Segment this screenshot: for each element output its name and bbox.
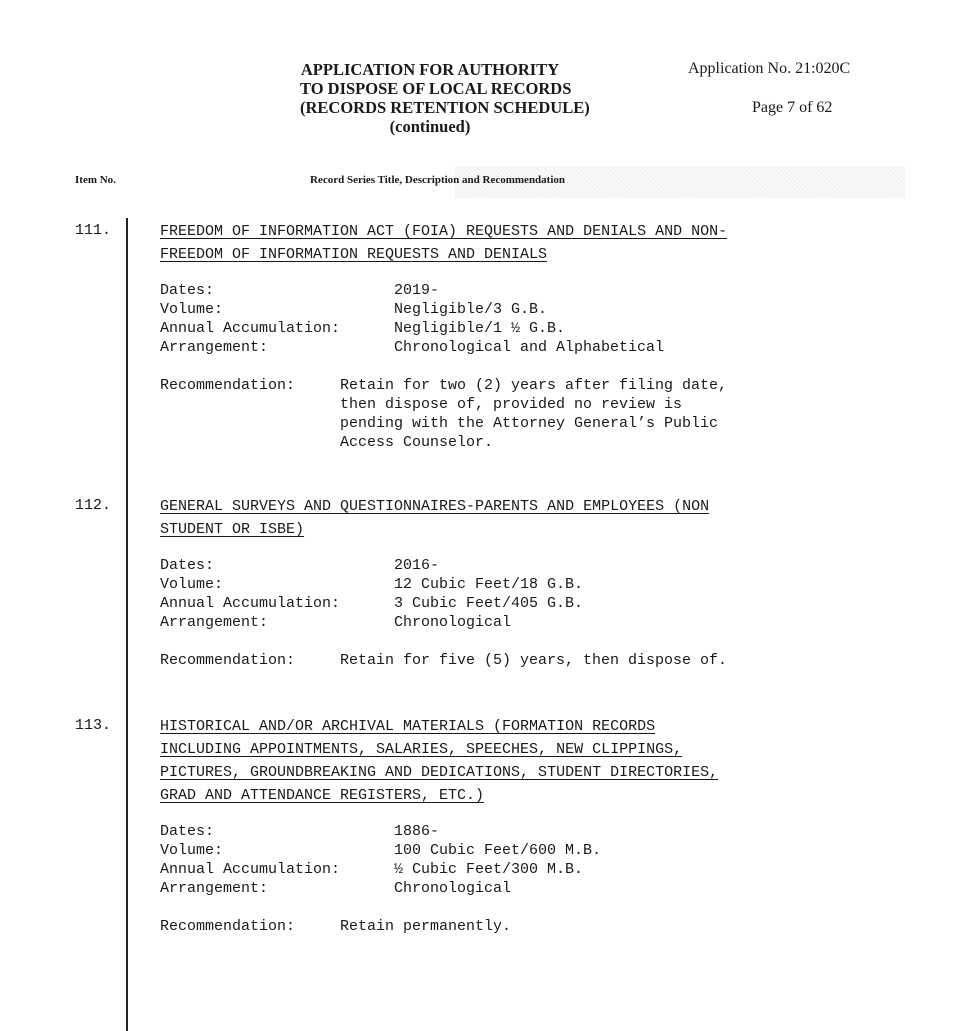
title-line: APPLICATION FOR AUTHORITY	[300, 60, 560, 79]
item-title: PICTURES, GROUNDBREAKING AND DEDICATIONS…	[160, 761, 880, 784]
recommendation-label: Recommendation:	[160, 376, 340, 452]
item-fields: Dates:2016- Volume:12 Cubic Feet/18 G.B.…	[160, 556, 880, 632]
item-fields: Dates:2019- Volume:Negligible/3 G.B. Ann…	[160, 281, 880, 357]
item-title: GRAD AND ATTENDANCE REGISTERS, ETC.)	[160, 784, 880, 807]
recommendation-text: Retain for two (2) years after filing da…	[340, 376, 727, 395]
field-arrangement: Arrangement:Chronological	[160, 613, 880, 632]
recommendation-label: Recommendation:	[160, 651, 340, 670]
field-dates: Dates:2016-	[160, 556, 880, 575]
field-arrangement: Arrangement:Chronological	[160, 879, 880, 898]
title-line: (continued)	[300, 117, 560, 136]
field-annual-accumulation: Annual Accumulation:Negligible/1 ½ G.B.	[160, 319, 880, 338]
recommendation: Recommendation: Retain for five (5) year…	[160, 651, 880, 670]
item-number: 111.	[75, 222, 111, 239]
item-title: FREEDOM OF INFORMATION ACT (FOIA) REQUES…	[160, 220, 880, 243]
item-title: FREEDOM OF INFORMATION REQUESTS AND DENI…	[160, 243, 880, 266]
recommendation-text: then dispose of, provided no review is	[340, 395, 727, 414]
item-title: INCLUDING APPOINTMENTS, SALARIES, SPEECH…	[160, 738, 880, 761]
field-volume: Volume:100 Cubic Feet/600 M.B.	[160, 841, 880, 860]
recommendation: Recommendation: Retain for two (2) years…	[160, 376, 880, 452]
record-item: HISTORICAL AND/OR ARCHIVAL MATERIALS (FO…	[160, 715, 880, 936]
recommendation-text: Retain permanently.	[340, 917, 511, 936]
item-title: HISTORICAL AND/OR ARCHIVAL MATERIALS (FO…	[160, 715, 880, 738]
item-title: GENERAL SURVEYS AND QUESTIONNAIRES-PAREN…	[160, 495, 880, 518]
column-header-title: Record Series Title, Description and Rec…	[310, 174, 565, 186]
item-title: STUDENT OR ISBE)	[160, 518, 880, 541]
page-number: Page 7 of 62	[752, 99, 832, 117]
item-number: 112.	[75, 497, 111, 514]
recommendation-text: Retain for five (5) years, then dispose …	[340, 651, 727, 670]
field-annual-accumulation: Annual Accumulation:½ Cubic Feet/300 M.B…	[160, 860, 880, 879]
recommendation-label: Recommendation:	[160, 917, 340, 936]
application-number: Application No. 21:020C	[688, 60, 850, 78]
title-line: TO DISPOSE OF LOCAL RECORDS	[300, 79, 560, 98]
field-arrangement: Arrangement:Chronological and Alphabetic…	[160, 338, 880, 357]
title-line: (RECORDS RETENTION SCHEDULE)	[300, 98, 560, 117]
field-annual-accumulation: Annual Accumulation:3 Cubic Feet/405 G.B…	[160, 594, 880, 613]
column-divider	[126, 218, 128, 1031]
record-item: GENERAL SURVEYS AND QUESTIONNAIRES-PAREN…	[160, 495, 880, 670]
recommendation-text: Access Counselor.	[340, 433, 727, 452]
item-number: 113.	[75, 717, 111, 734]
record-item: FREEDOM OF INFORMATION ACT (FOIA) REQUES…	[160, 220, 880, 452]
column-header-item-no: Item No.	[75, 174, 116, 186]
document-title: APPLICATION FOR AUTHORITY TO DISPOSE OF …	[300, 60, 560, 136]
recommendation-text: pending with the Attorney General’s Publ…	[340, 414, 727, 433]
item-fields: Dates:1886- Volume:100 Cubic Feet/600 M.…	[160, 822, 880, 898]
field-dates: Dates:2019-	[160, 281, 880, 300]
field-volume: Volume:12 Cubic Feet/18 G.B.	[160, 575, 880, 594]
recommendation: Recommendation: Retain permanently.	[160, 917, 880, 936]
field-dates: Dates:1886-	[160, 822, 880, 841]
field-volume: Volume:Negligible/3 G.B.	[160, 300, 880, 319]
